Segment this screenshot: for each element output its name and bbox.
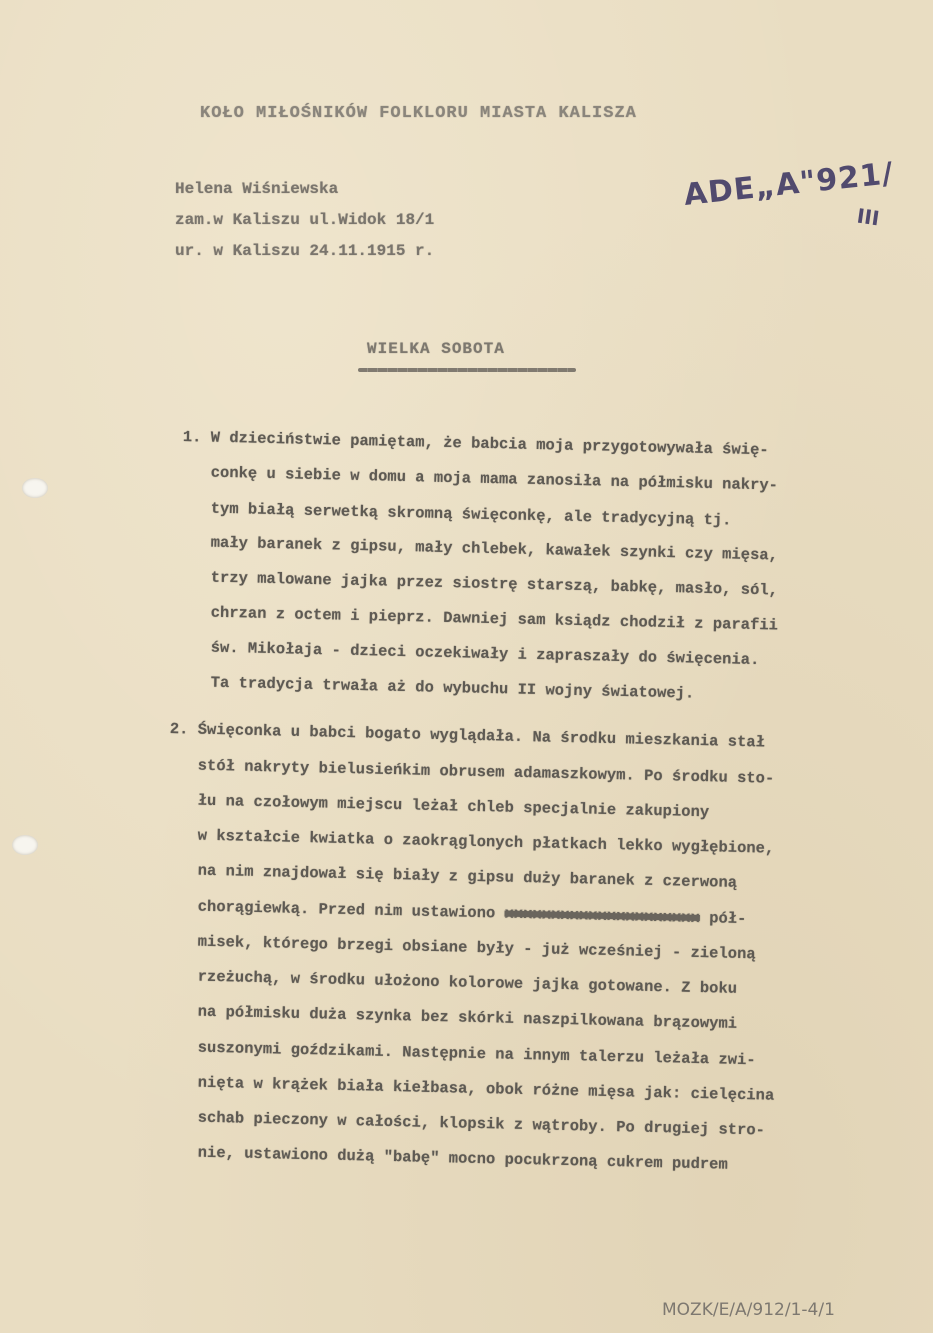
body-line: na półmisku duża szynka bez skórki naszp… bbox=[170, 1002, 738, 1033]
punch-hole bbox=[22, 478, 48, 498]
body-line: św. Mikołaja - dzieci oczekiwały i zapra… bbox=[183, 638, 760, 669]
informant-birth: ur. w Kaliszu 24.11.1915 r. bbox=[175, 242, 434, 260]
title-underline bbox=[358, 368, 576, 372]
body-line-with-strikeout: chorągiewką. Przed nim ustawiono xxxxxxx… bbox=[170, 897, 747, 928]
body-line: 1. W dzieciństwie pamiętam, że babcia mo… bbox=[183, 428, 769, 459]
handwritten-catalog-suffix: III bbox=[855, 204, 880, 231]
struck-out-text: xxxxxxxxxxxxxxxxxxxxx bbox=[504, 905, 700, 927]
body-line-tail: pół- bbox=[700, 909, 747, 928]
body-line-text: chorągiewką. Przed nim ustawiono bbox=[170, 897, 496, 922]
informant-name: Helena Wiśniewska bbox=[175, 180, 338, 198]
body-line: rzeżuchą, w środku ułożono kolorowe jajk… bbox=[170, 967, 738, 998]
body-line: chrzan z octem i pieprz. Dawniej sam ksi… bbox=[183, 603, 779, 635]
punch-hole bbox=[12, 835, 38, 855]
informant-residence: zam.w Kaliszu ul.Widok 18/1 bbox=[175, 211, 434, 229]
body-line: stół nakryty bielusieńkim obrusem adamas… bbox=[170, 756, 775, 788]
body-line: łu na czołowym miejscu leżał chleb specj… bbox=[170, 791, 710, 821]
document-page: KOŁO MIŁOŚNIKÓW FOLKLORU MIASTA KALISZA … bbox=[0, 0, 933, 1333]
document-title: WIELKA SOBOTA bbox=[367, 340, 505, 358]
body-line: conkę u siebie w domu a moja mama zanosi… bbox=[183, 463, 779, 495]
archive-reference: MOZK/E/A/912/1-4/1 bbox=[662, 1300, 835, 1320]
body-line: nięta w krążek biała kiełbasa, obok różn… bbox=[170, 1073, 775, 1105]
body-line: Ta tradycja trwała aż do wybuchu II wojn… bbox=[183, 673, 695, 703]
body-line: suszonymi goździkami. Następnie na innym… bbox=[170, 1038, 756, 1069]
body-line: mały baranek z gipsu, mały chlebek, kawa… bbox=[183, 533, 779, 565]
body-line: trzy malowane jajka przez siostrę starsz… bbox=[183, 568, 779, 600]
body-line: misek, którego brzegi obsiane były - już… bbox=[170, 932, 756, 963]
body-line: 2. Święconka u babci bogato wyglądała. N… bbox=[170, 720, 766, 752]
organization-header: KOŁO MIŁOŚNIKÓW FOLKLORU MIASTA KALISZA bbox=[200, 104, 637, 123]
body-line: schab pieczony w całości, klopsik z wątr… bbox=[170, 1108, 766, 1140]
body-line: nie, ustawiono dużą "babę" mocno pocukrz… bbox=[170, 1143, 728, 1174]
body-line: w kształcie kwiatka o zaokrąglonych płat… bbox=[170, 826, 775, 858]
body-line: na nim znajdował się biały z gipsu duży … bbox=[170, 861, 738, 892]
body-line: tym białą serwetką skromną święconkę, al… bbox=[183, 499, 732, 529]
